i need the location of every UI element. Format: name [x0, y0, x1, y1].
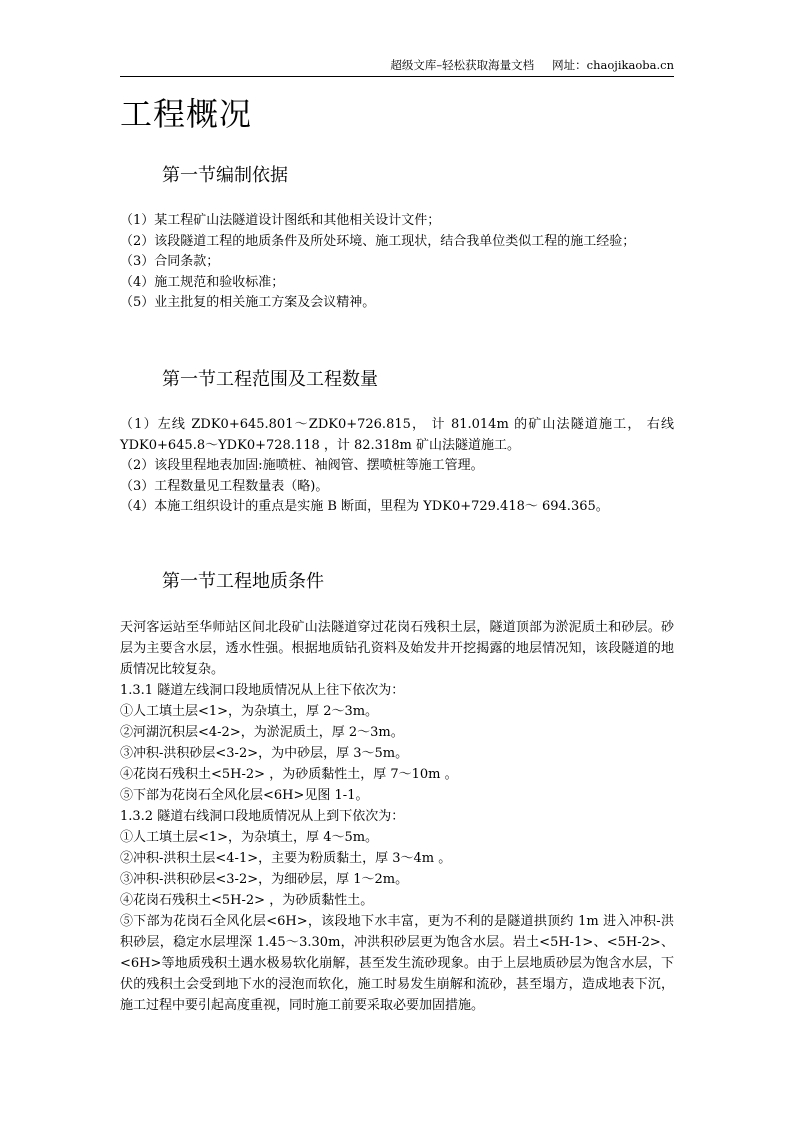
list-item: （3）合同条款； [120, 252, 674, 273]
header-site-text: 超级文库–轻松获取海量文档 [390, 58, 534, 72]
list-item: （2）该段隧道工程的地质条件及所处环境、施工现状，结合我单位类似工程的施工经验； [120, 232, 674, 253]
list-item: ①人工填土层<1>，为杂填土，厚 4～5m。 [120, 827, 674, 848]
list-item: （4）本施工组织设计的重点是实施 B 断面，里程为 YDK0+729.418～ … [120, 497, 674, 518]
section-heading: 第一节编制依据 [162, 163, 674, 189]
document-title: 工程概况 [120, 92, 252, 136]
section-body: 天河客运站至华师站区间北段矿山法隧道穿过花岗石残积土层，隧道顶部为淤泥质土和砂层… [120, 617, 674, 1016]
list-item: ②冲积-洪积土层<4-1>，主要为粉质黏土，厚 3～4m 。 [120, 848, 674, 869]
list-item: ②河湖沉积层<4-2>，为淤泥质土，厚 2～3m。 [120, 722, 674, 743]
section-heading: 第一节工程范围及工程数量 [162, 367, 674, 393]
list-item: ①人工填土层<1>，为杂填土，厚 2～3m。 [120, 701, 674, 722]
section-body: （1）某工程矿山法隧道设计图纸和其他相关设计文件； （2）该段隧道工程的地质条件… [120, 211, 674, 314]
header-url-text: 网址：chaojikaoba.cn [552, 58, 674, 72]
list-item: YDK0+645.8～YDK0+728.118 ，计 82.318m 矿山法隧道… [120, 436, 674, 457]
list-item: （4）施工规范和验收标准； [120, 273, 674, 294]
section-body: （1）左线 ZDK0+645.801～ZDK0+726.815， 计 81.01… [120, 415, 674, 518]
list-item: ④花岗石残积土<5H-2> ，为砂质黏性土，厚 7～10m 。 [120, 764, 674, 785]
list-item: ③冲积-洪积砂层<3-2>，为细砂层，厚 1～2m。 [120, 869, 674, 890]
page-header: 超级文库–轻松获取海量文档网址：chaojikaoba.cn [120, 56, 674, 77]
list-item: （2）该段里程地表加固:施喷桩、袖阀管、摆喷桩等施工管理。 [120, 456, 674, 477]
section-heading: 第一节工程地质条件 [162, 569, 674, 595]
list-item: （1）某工程矿山法隧道设计图纸和其他相关设计文件； [120, 211, 674, 232]
paragraph-intro: 天河客运站至华师站区间北段矿山法隧道穿过花岗石残积土层，隧道顶部为淤泥质土和砂层… [120, 617, 674, 680]
section-basis: 第一节编制依据 （1）某工程矿山法隧道设计图纸和其他相关设计文件； （2）该段隧… [120, 163, 674, 314]
list-item: （5）业主批复的相关施工方案及会议精神。 [120, 293, 674, 314]
list-item: ③冲积-洪积砂层<3-2>，为中砂层，厚 3～5m。 [120, 743, 674, 764]
list-item: 1.3.1 隧道左线洞口段地质情况从上往下依次为： [120, 680, 674, 701]
list-item: ⑤下部为花岗石全风化层<6H>见图 1-1。 [120, 785, 674, 806]
list-item: （3）工程数量见工程数量表（略)。 [120, 477, 674, 498]
paragraph-closing: ⑤下部为花岗石全风化层<6H>，该段地下水丰富，更为不利的是隧道拱顶约 1m 进… [120, 911, 674, 1016]
list-item: ④花岗石残积土<5H-2> ，为砂质黏性土。 [120, 890, 674, 911]
section-scope: 第一节工程范围及工程数量 （1）左线 ZDK0+645.801～ZDK0+726… [120, 367, 674, 518]
list-item: （1）左线 ZDK0+645.801～ZDK0+726.815， 计 81.01… [120, 415, 674, 436]
list-item: 1.3.2 隧道右线洞口段地质情况从上到下依次为： [120, 806, 674, 827]
section-geology: 第一节工程地质条件 天河客运站至华师站区间北段矿山法隧道穿过花岗石残积土层，隧道… [120, 569, 674, 1016]
